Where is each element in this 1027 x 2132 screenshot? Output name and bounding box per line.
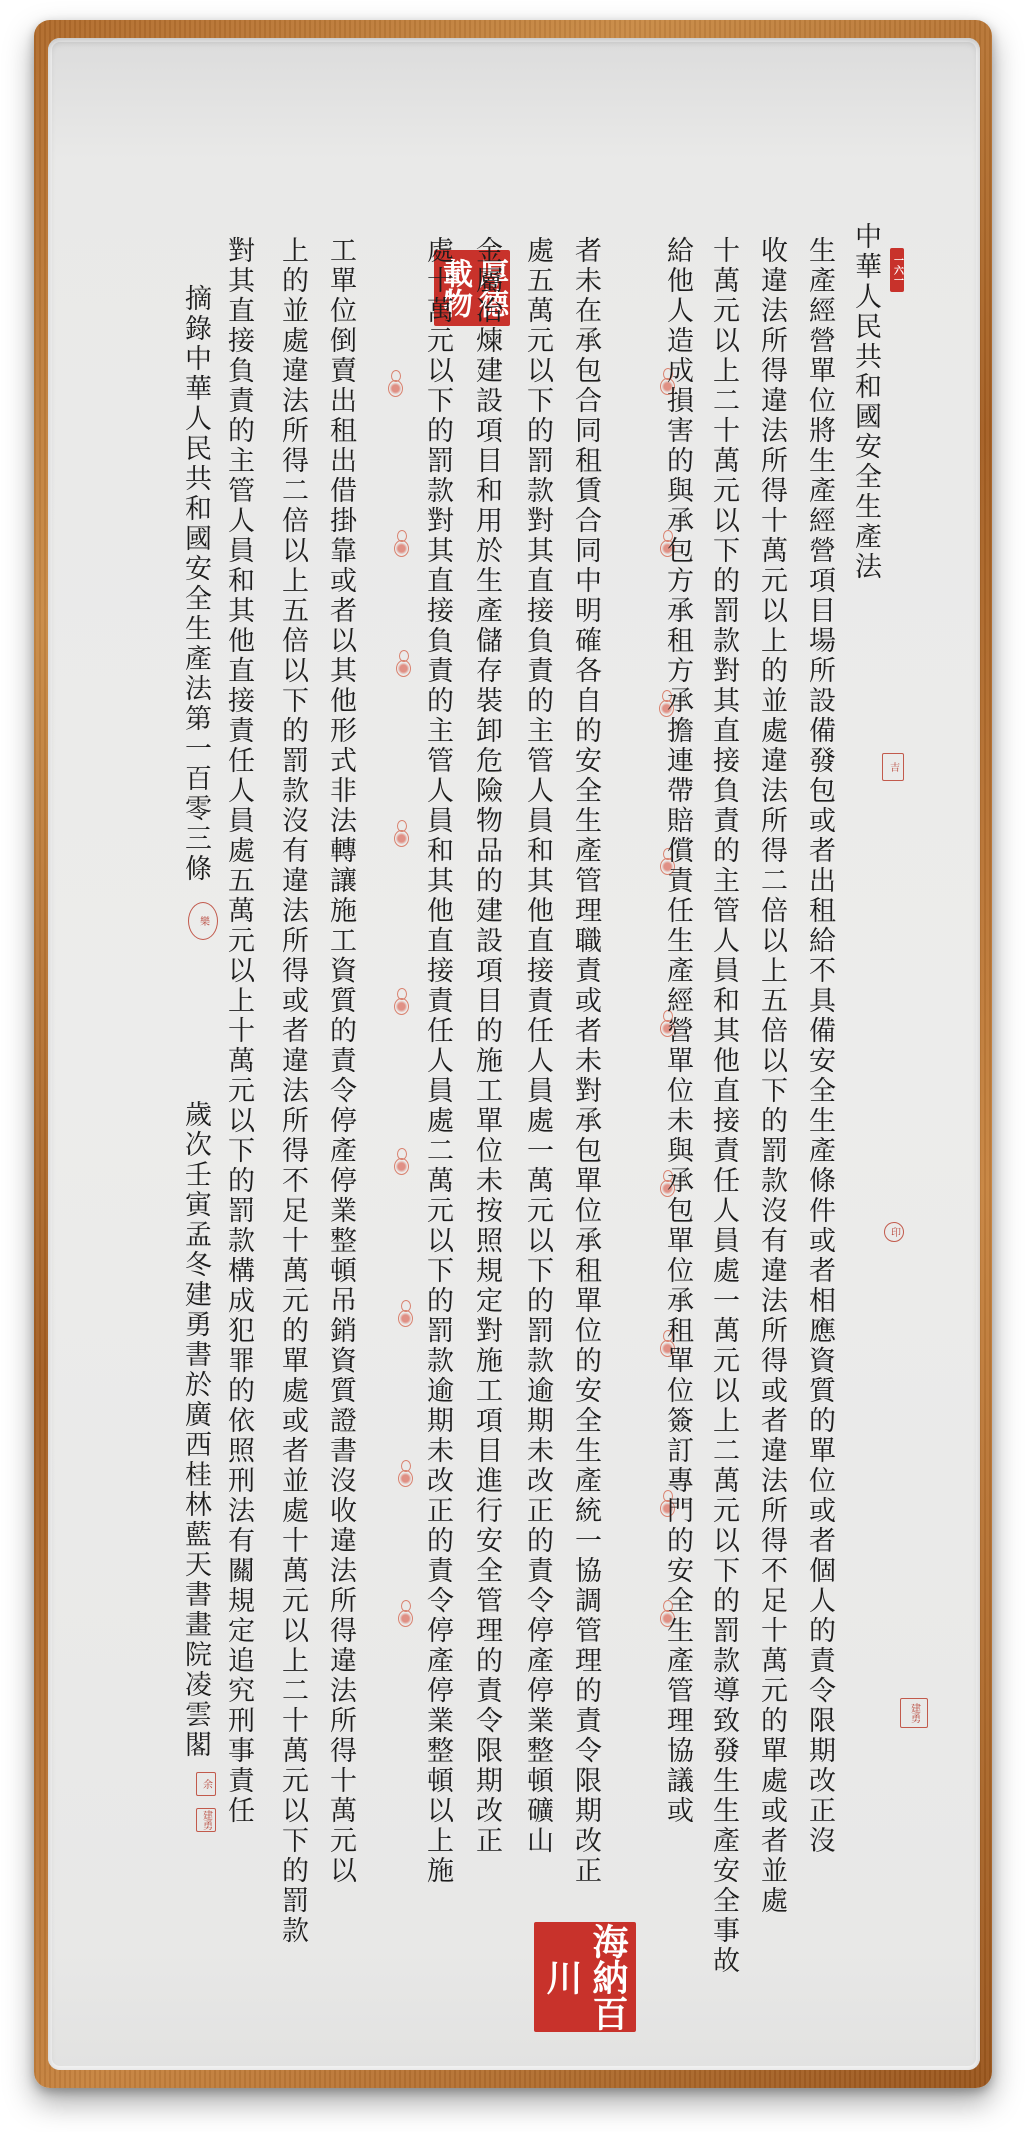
title-column: 中華人民共和國安全生產法 xyxy=(852,222,879,582)
text-column-6: 處五萬元以下的罰款對其直接負責的主管人員和其他直接責任人員處一萬元以下的罰款逾期… xyxy=(524,236,551,1856)
text-column-9: 工單位倒賣出租出借掛靠或者以其他形式非法轉讓施工資質的責令停產停業整頓吊銷資質證… xyxy=(327,236,354,1886)
text-column-2: 收違法所得違法所得十萬元以上的並處違法所得二倍以上五倍以下的罰款沒有違法所得或者… xyxy=(758,236,785,1916)
text-column-3: 十萬元以上二十萬元以下的罰款對其直接負責的主管人員和其他直接責任人員處一萬元以上… xyxy=(710,236,737,1976)
source-citation: 摘錄中華人民共和國安全生產法第一百零三條 xyxy=(182,284,209,884)
text-column-1: 生產經營單位將生產經營項目場所設備發包或者出租給不具備安全生產條件或者相應資質的… xyxy=(806,236,833,1856)
text-column-8: 處十萬元以下的罰款對其直接負責的主管人員和其他直接責任人員處二萬元以下的罰款逾期… xyxy=(424,236,451,1886)
text-column-11: 對其直接負責的主管人員和其他直接責任人員處五萬元以上十萬元以下的罰款構成犯罪的依… xyxy=(225,236,252,1826)
text-column-7: 金屬冶煉建設項目和用於生產儲存裝卸危險物品的建設項目的施工單位未按照規定對施工項… xyxy=(473,236,500,1856)
text-column-10: 上的並處違法所得二倍以上五倍以下的罰款沒有違法所得或者違法所得不足十萬元的單處或… xyxy=(279,236,306,1946)
text-column-5: 者未在承包合同租賃合同中明確各自的安全生產管理職責或者未對承包單位承租單位的安全… xyxy=(572,236,599,1886)
signature-inscription: 歲次壬寅孟冬建勇書於廣西桂林藍天書畫院凌雲閣 xyxy=(182,1100,209,1760)
calligraphy-text: 中華人民共和國安全生產法 生產經營單位將生產經營項目場所設備發包或者出租給不具備… xyxy=(0,0,1027,2132)
text-column-4: 給他人造成損害的與承包方承租方承擔連帶賠償責任生產經營單位未與承包單位承租單位簽… xyxy=(664,236,691,1826)
